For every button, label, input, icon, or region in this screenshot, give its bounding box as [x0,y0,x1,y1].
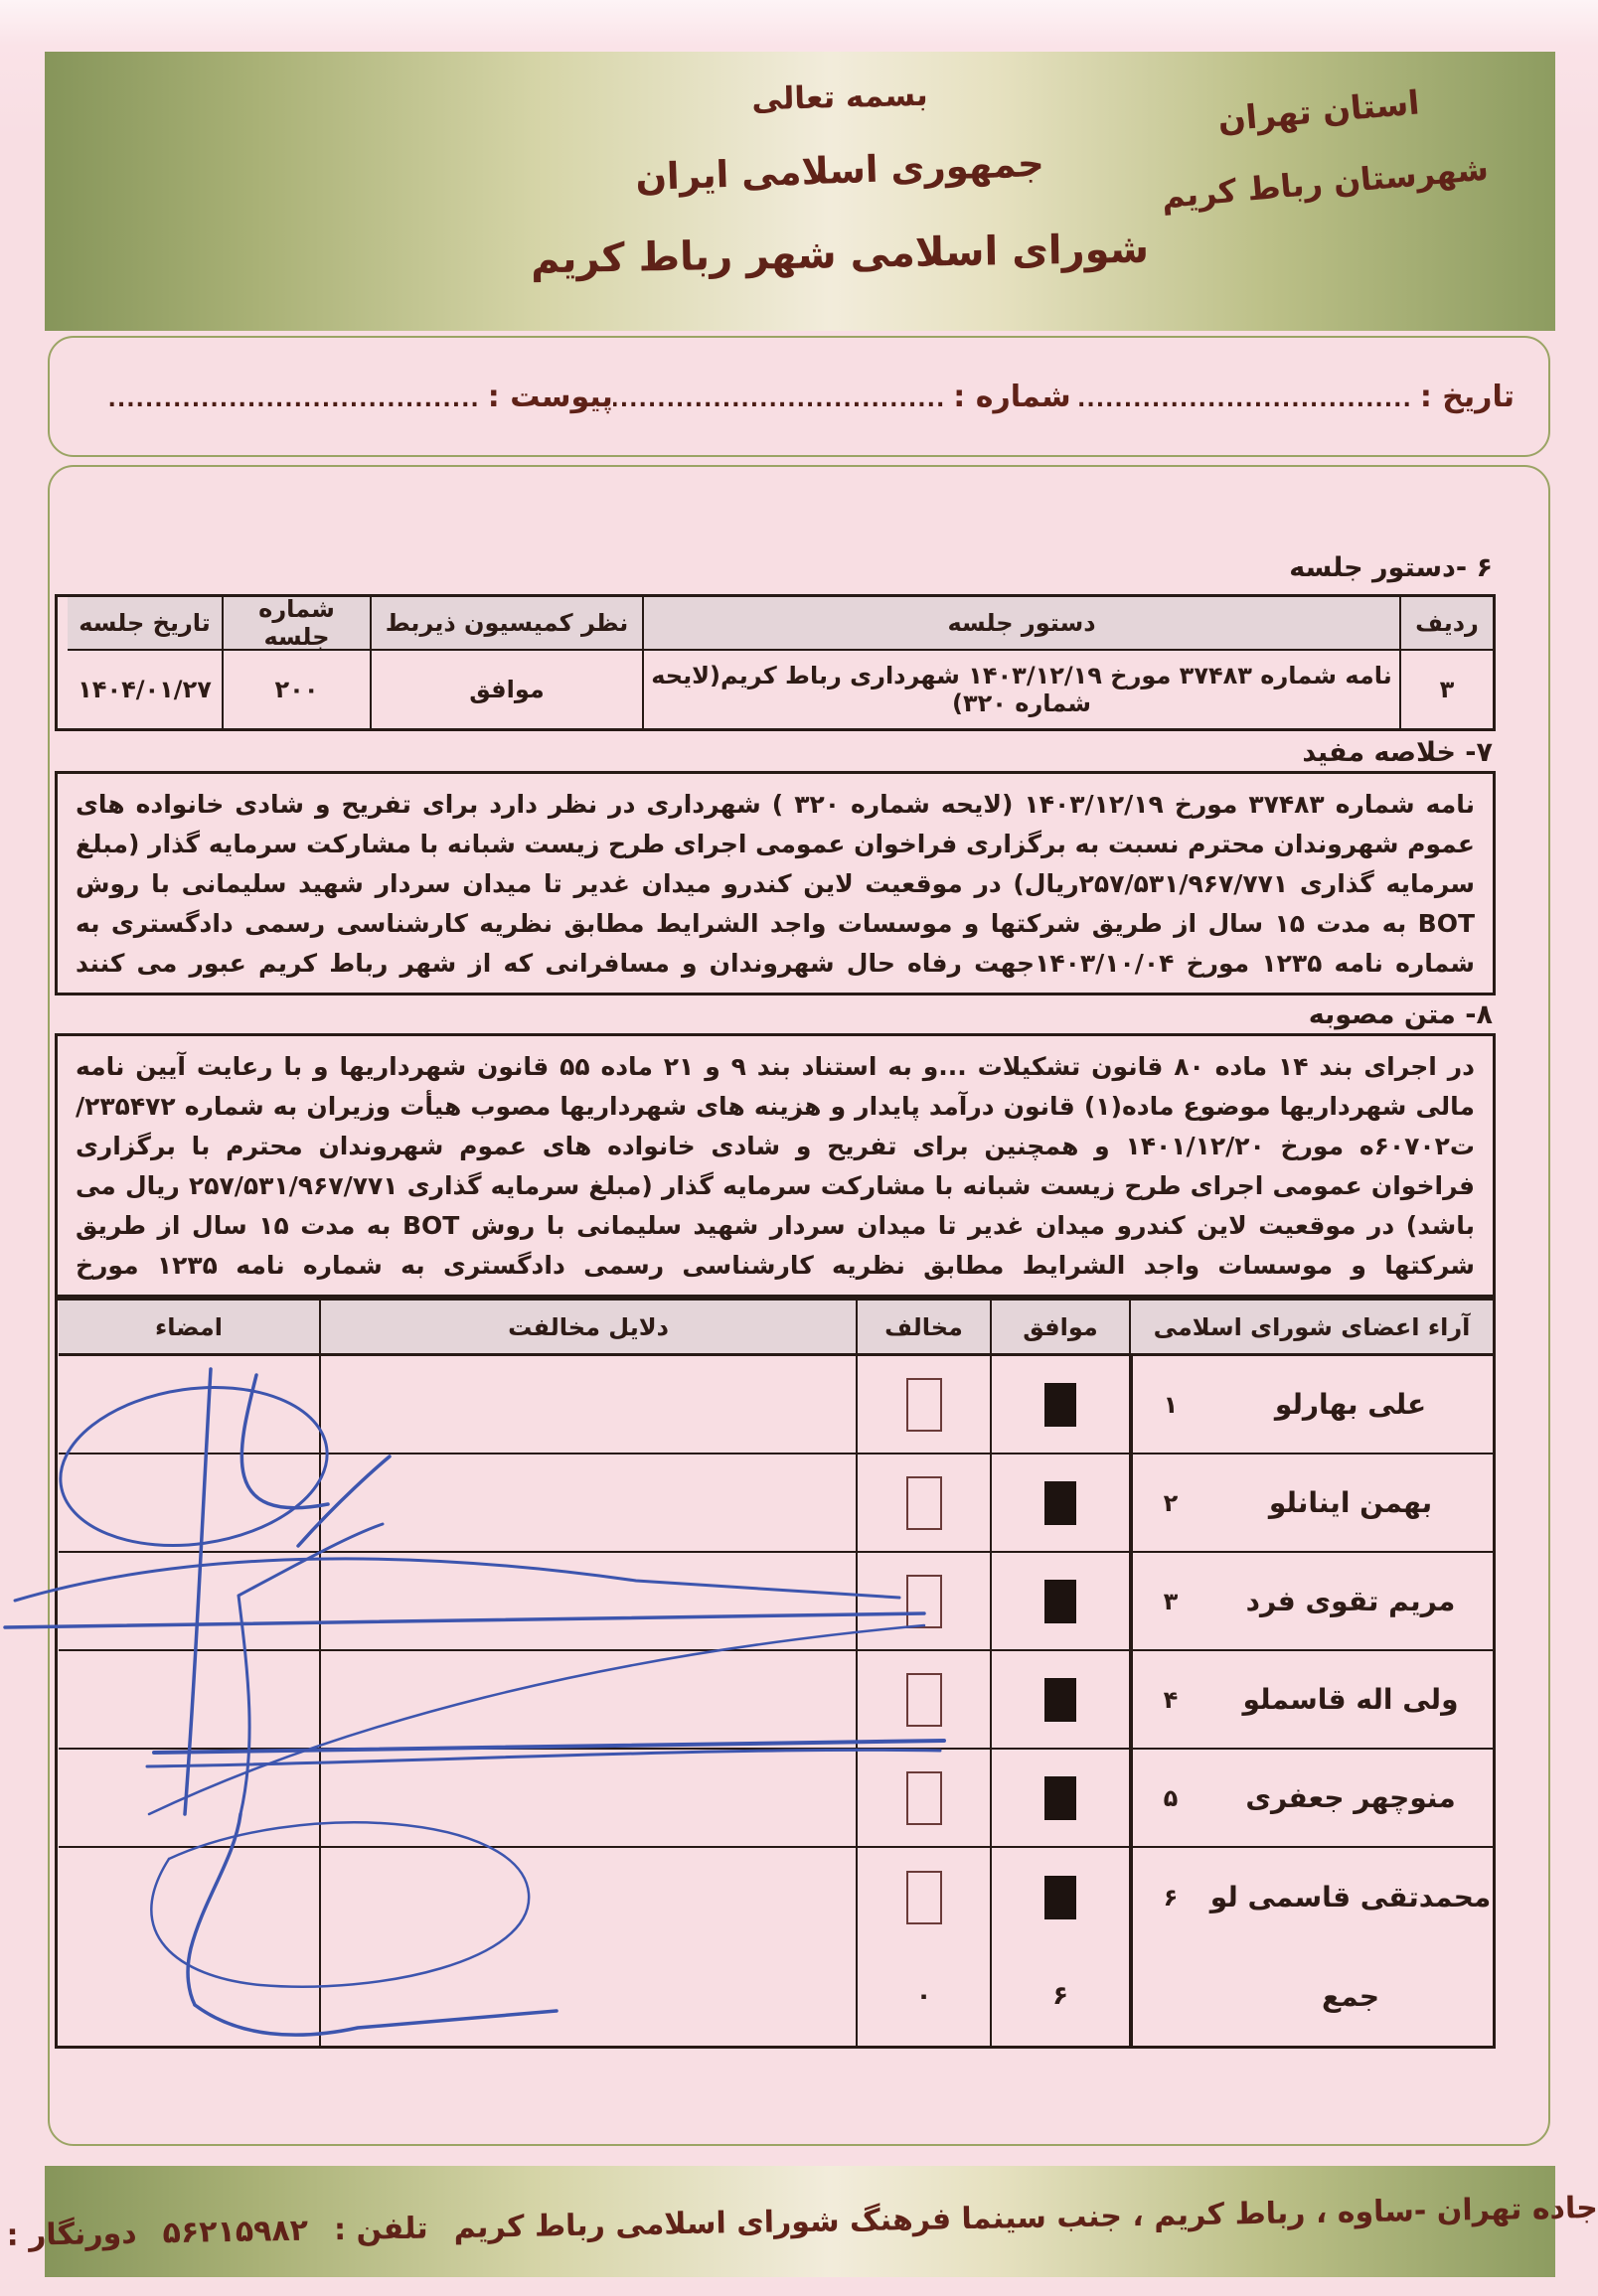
member-name: محمدتقی قاسمی لو [1208,1881,1493,1913]
opposition-reasons-cell [319,1848,856,1946]
member-name: بهمن اینانلو [1208,1486,1493,1519]
summary-text-box: نامه شماره ۳۷۴۸۳ مورخ ۱۴۰۳/۱۲/۱۹ (لایحه … [55,771,1496,995]
agree-checkbox-checked[interactable] [1044,1580,1076,1623]
agenda-col-row-number: ردیف [1399,597,1493,651]
footer-address: کیلومتر ۳۶ جاده تهران -ساوه ، رباط کریم … [453,2188,1598,2245]
vote-member-row: مریم تقوی فرد ۳ [58,1553,1493,1651]
signature-cell [59,1848,319,1946]
votes-table: آراء اعضای شورای اسلامی موافق مخالف دلای… [55,1298,1496,2049]
signature-cell [59,1356,319,1454]
disagree-checkbox-empty[interactable] [906,1673,942,1727]
agree-checkbox-checked[interactable] [1044,1678,1076,1722]
opposition-reasons-cell [319,1651,856,1750]
total-reasons-cell [319,1946,856,2046]
agree-total-value: ۶ [990,1946,1129,2046]
member-name: علی بهارلو [1208,1388,1493,1421]
number-blank-dots: ........................................ [613,387,945,412]
reference-bar: تاریخ : ................................… [48,336,1550,457]
total-label: جمع [1208,1980,1493,2013]
commission-opinion-value: موافق [370,651,642,728]
scanned-council-letter-page: بسمه تعالی جمهوری اسلامی ایران شورای اسل… [0,0,1598,2296]
agenda-col-session-date: تاریخ جلسه [68,597,222,651]
vote-member-row: علی بهارلو ۱ [58,1356,1493,1454]
summary-section-label: ۷- خلاصه مفید [1302,737,1493,768]
opposition-reasons-cell [319,1553,856,1651]
votes-header-row: آراء اعضای شورای اسلامی موافق مخالف دلای… [58,1301,1493,1356]
opposition-reasons-cell [319,1454,856,1553]
total-signature-cell [59,1946,319,2046]
agenda-table: ردیف دستور جلسه نظر کمیسیون ذیربط شماره … [55,594,1496,731]
agree-checkbox-checked[interactable] [1044,1776,1076,1820]
session-number-value: ۲۰۰ [222,651,370,728]
member-name: منوچهر جعفری [1208,1781,1493,1814]
session-date-value: ۱۴۰۴/۰۱/۲۷ [68,651,222,728]
date-blank-dots: .................................... [1077,387,1412,412]
votes-col-reasons: دلایل مخالفت [319,1301,856,1356]
agenda-section-label: ۶ -دستور جلسه [1289,552,1493,583]
opposition-reasons-cell [319,1750,856,1848]
signature-cell [59,1454,319,1553]
votes-col-disagree: مخالف [856,1301,990,1356]
agree-checkbox-checked[interactable] [1044,1876,1076,1919]
vote-rows-container: علی بهارلو ۱ بهمن اینانلو ۲ مریم تقوی فر… [58,1356,1493,1946]
member-number: ۳ [1131,1553,1208,1649]
vote-member-row: منوچهر جعفری ۵ [58,1750,1493,1848]
votes-total-row: جمع ۶ ۰ [58,1946,1493,2046]
footer-phone-number: ۵۶۲۱۵۹۸۲ [162,2213,308,2250]
number-label: شماره : [953,380,1070,414]
header-banner: بسمه تعالی جمهوری اسلامی ایران شورای اسل… [45,52,1555,331]
attachment-label: پیوست : [488,380,613,414]
signature-cell [59,1651,319,1750]
footer-banner: کیلومتر ۳۶ جاده تهران -ساوه ، رباط کریم … [45,2166,1555,2277]
resolution-text: در اجرای بند ۱۴ ماده ۸۰ قانون تشکیلات ..… [76,1052,1475,1298]
agenda-col-agenda: دستور جلسه [642,597,1399,651]
resolution-text-box: در اجرای بند ۱۴ ماده ۸۰ قانون تشکیلات ..… [55,1033,1496,1298]
vote-member-row: بهمن اینانلو ۲ [58,1454,1493,1553]
agenda-data-row: ۳ نامه شماره ۳۷۴۸۳ مورخ ۱۴۰۳/۱۲/۱۹ شهردا… [58,651,1493,728]
opposition-reasons-cell [319,1356,856,1454]
disagree-checkbox-empty[interactable] [906,1575,942,1628]
disagree-total-value: ۰ [856,1946,990,2046]
member-number: ۴ [1131,1651,1208,1748]
resolution-section-label: ۸- متن مصوبه [1309,999,1493,1030]
member-number: ۱ [1131,1356,1208,1453]
vote-member-row: ولی اله قاسملو ۴ [58,1651,1493,1750]
vote-member-row: محمدتقی قاسمی لو ۶ [58,1848,1493,1946]
date-label: تاریخ : [1420,380,1515,414]
disagree-checkbox-empty[interactable] [906,1871,942,1924]
council-title-line: شورای اسلامی شهر رباط کریم [343,223,1338,285]
agenda-item-value: نامه شماره ۳۷۴۸۳ مورخ ۱۴۰۳/۱۲/۱۹ شهرداری… [642,651,1399,728]
signature-cell [59,1750,319,1848]
member-number: ۵ [1131,1750,1208,1846]
footer-fax-label: دورنگار : [6,2216,137,2252]
member-number: ۶ [1131,1848,1208,1946]
agenda-col-session-number: شماره جلسه [222,597,370,651]
agenda-row-number-value: ۳ [1399,651,1493,728]
summary-text: نامه شماره ۳۷۴۸۳ مورخ ۱۴۰۳/۱۲/۱۹ (لایحه … [76,790,1475,995]
member-number: ۲ [1131,1454,1208,1551]
agree-checkbox-checked[interactable] [1044,1383,1076,1427]
attachment-blank-dots: ........................................ [107,387,479,412]
agenda-col-commission: نظر کمیسیون ذیربط [370,597,642,651]
disagree-checkbox-empty[interactable] [906,1476,942,1530]
disagree-checkbox-empty[interactable] [906,1378,942,1432]
votes-col-signature: امضاء [59,1301,319,1356]
disagree-checkbox-empty[interactable] [906,1771,942,1825]
total-row-number-cell [1131,1946,1208,2046]
signature-cell [59,1553,319,1651]
member-name: مریم تقوی فرد [1208,1585,1493,1617]
footer-phone-label: تلفن : [334,2211,428,2247]
votes-col-agree: موافق [990,1301,1129,1356]
agenda-header-row: ردیف دستور جلسه نظر کمیسیون ذیربط شماره … [58,597,1493,651]
votes-col-members: آراء اعضای شورای اسلامی [1129,1301,1493,1356]
member-name: ولی اله قاسملو [1208,1683,1493,1716]
agree-checkbox-checked[interactable] [1044,1481,1076,1525]
